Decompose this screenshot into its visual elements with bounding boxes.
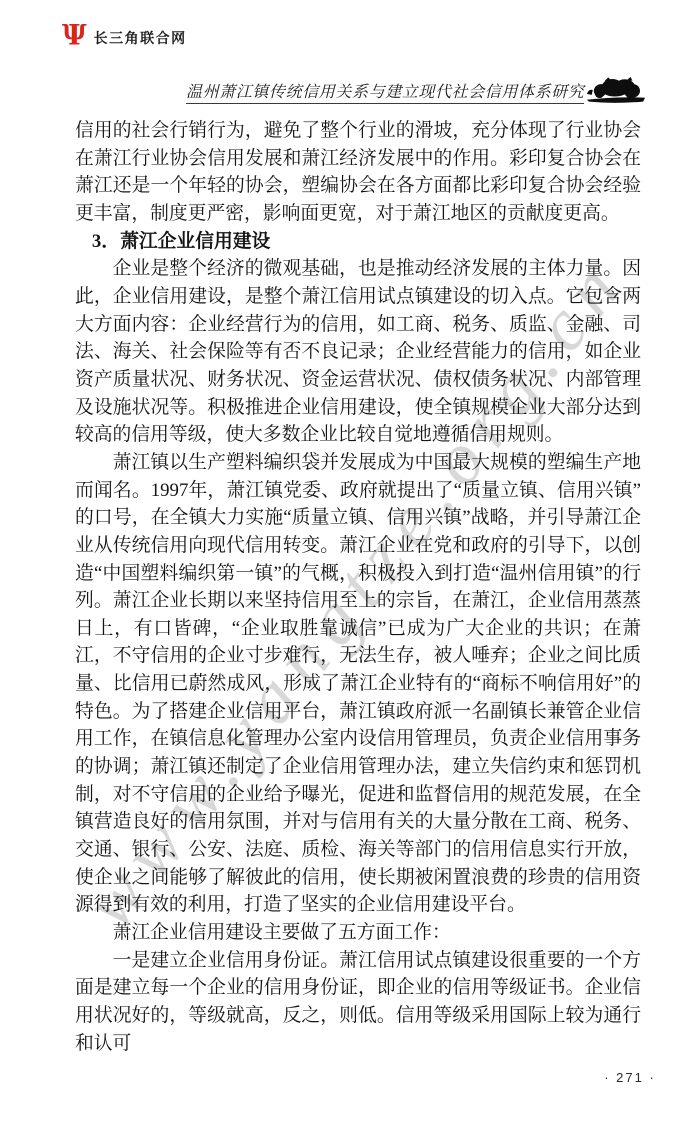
body-paragraph: 萧江企业信用建设主要做了五方面工作： xyxy=(75,919,641,947)
document-body: 信用的社会行销行为，避免了整个行业的滑坡，充分体现了行业协会在萧江行业协会信用发… xyxy=(75,117,641,1057)
site-logo-text: 长三角联合网 xyxy=(94,24,187,48)
body-paragraph: 信用的社会行销行为，避免了整个行业的滑坡，充分体现了行业协会在萧江行业协会信用发… xyxy=(75,117,641,228)
header-title-text: 温州萧江镇传统信用关系与建立现代社会信用体系研究 xyxy=(186,84,584,101)
animal-silhouette-ornament-icon xyxy=(585,73,647,107)
page-number: · 271 · xyxy=(584,1070,676,1085)
psi-logo-icon: Ψ xyxy=(62,21,87,49)
body-paragraph: 企业是整个经济的微观基础，也是推动经济发展的主体力量。因此，企业信用建设，是整个… xyxy=(75,255,641,449)
scanned-document-page: Ψ 长三角联合网 温州萧江镇传统信用关系与建立现代社会信用体系研究 www.ya… xyxy=(0,0,700,1144)
header-underline-rule xyxy=(186,103,584,104)
body-paragraph: 一是建立企业信用身份证。萧江信用试点镇建设很重要的一个方面是建立每一个企业的信用… xyxy=(75,947,641,1058)
site-logo: Ψ 长三角联合网 xyxy=(62,22,187,49)
body-paragraph: 萧江镇以生产塑料编织袋并发展成为中国最大规模的塑编生产地而闻名。1997年，萧江… xyxy=(75,449,641,919)
running-header: 温州萧江镇传统信用关系与建立现代社会信用体系研究 xyxy=(186,79,584,102)
section-heading: 3．萧江企业信用建设 xyxy=(75,228,641,256)
